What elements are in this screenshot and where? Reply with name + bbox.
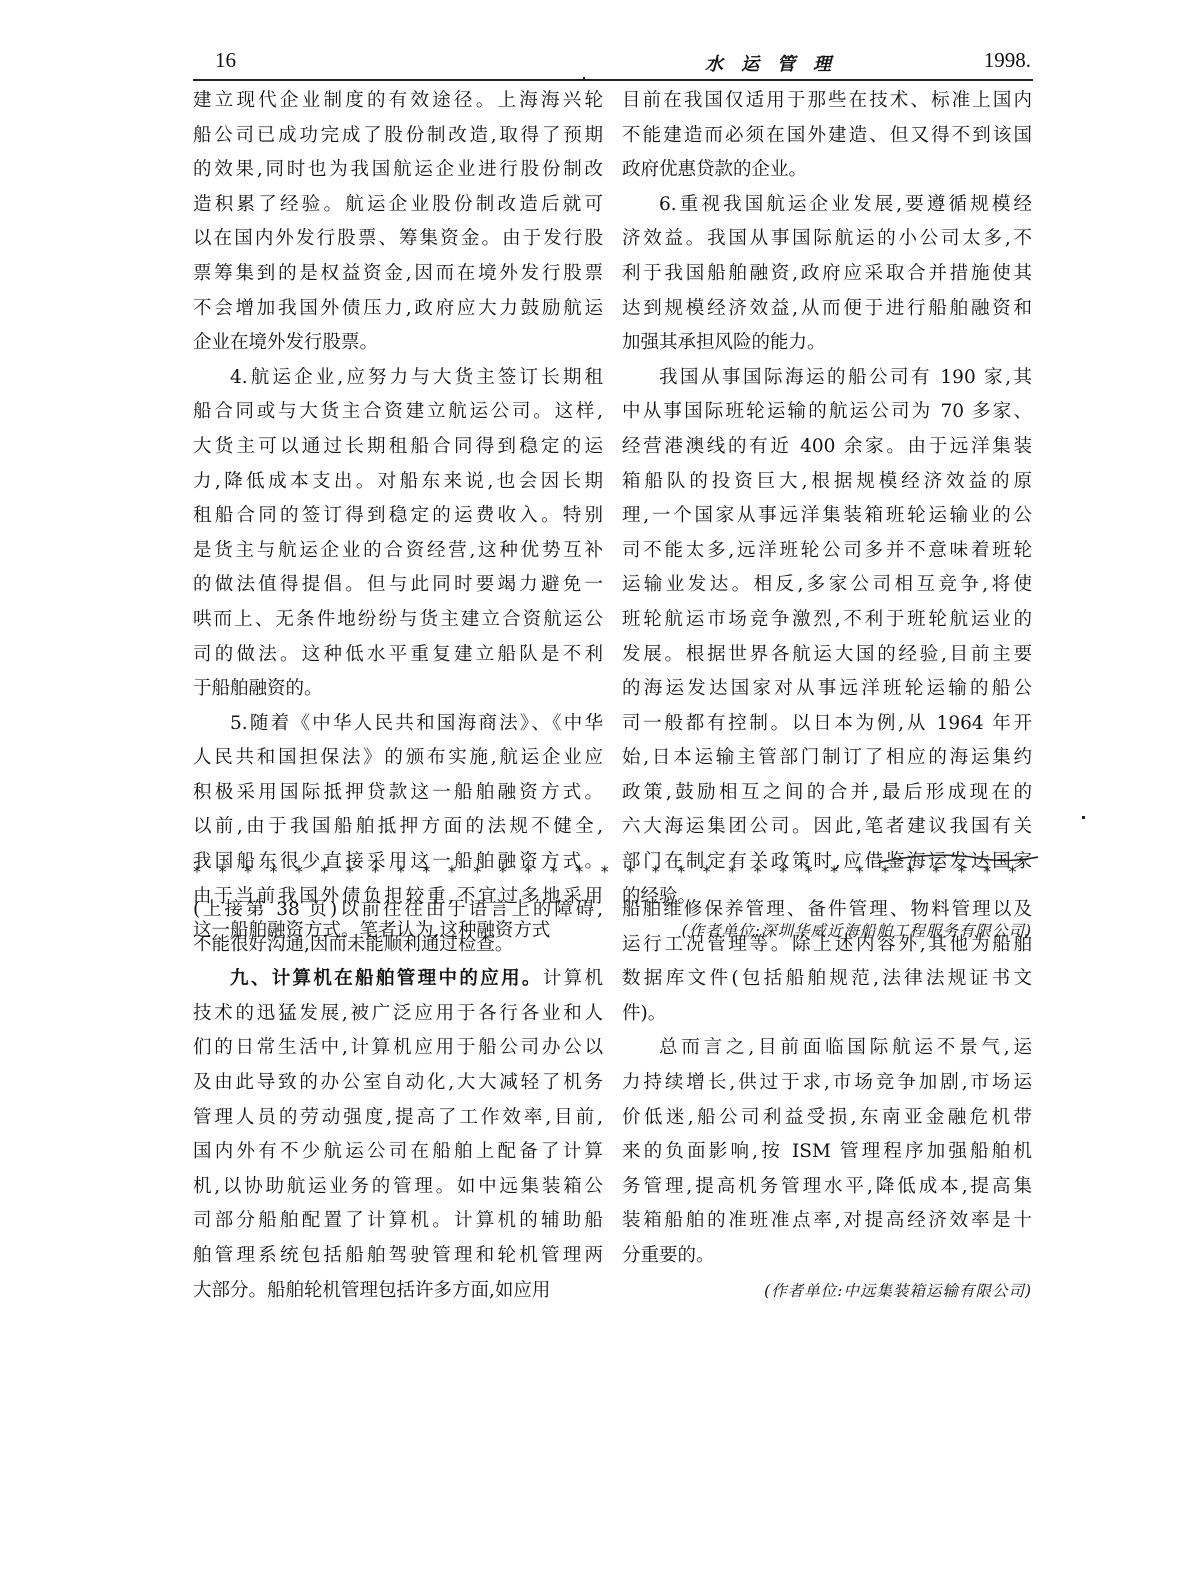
- text-line: 以在国内外发行股票、筹集资金。由于发行股: [193, 222, 603, 257]
- text-line: 船合同或与大货主合资建立航运公司。这样,: [193, 395, 603, 430]
- text-line: 件)。: [622, 997, 1032, 1032]
- journal-title: 水运管理: [705, 50, 849, 76]
- section-heading: 九、计算机在船舶管理中的应用。: [230, 968, 543, 989]
- text-line: 理,一个国家从事远洋集装箱班轮运输业的公: [622, 499, 1032, 534]
- text-line: 不会增加我国外债压力,政府应大力鼓励航运: [193, 292, 603, 327]
- text-line: 装箱船舶的准班准点率,对提高经济效率是十: [622, 1204, 1032, 1239]
- section-nine-paragraph: 九、计算机在船舶管理中的应用。计算机 技术的迅猛发展,被广泛应用于各行各业和人 …: [193, 962, 603, 1308]
- text-line: 大部分。船舶轮机管理包括许多方面,如应用: [193, 1274, 603, 1309]
- page-number: 16: [215, 48, 236, 73]
- text-line: 经营港澳线的有近 400 余家。由于远洋集装: [622, 430, 1032, 465]
- text-line: 司不能太多,远洋班轮公司多并不意味着班轮: [622, 534, 1032, 569]
- text-line: 发展。根据世界各航运大国的经验,目前主要: [622, 638, 1032, 673]
- text-line: 5.随着《中华人民共和国海商法》、《中华: [193, 707, 603, 742]
- text-line: 舶管理系统包括船舶驾驶管理和轮机管理两: [193, 1239, 603, 1274]
- text-line: 哄而上、无条件地纷纷与货主建立合资航运公: [193, 603, 603, 638]
- text-line: 数据库文件(包括船舶规范,法律法规证书文: [622, 962, 1032, 997]
- text-line: 务管理,提高机务管理水平,降低成本,提高集: [622, 1170, 1032, 1205]
- text-line: 不能很好沟通,因而未能顺利通过检查。: [193, 928, 603, 963]
- text-line: 运行工况管理等。除上述内容外,其他为船舶: [622, 928, 1032, 963]
- text-line: 政府优惠贷款的企业。: [622, 153, 1032, 188]
- text-line: (上接第 38 页)以前往往由于语言上的障碍,: [193, 893, 603, 928]
- text-line: 及由此导致的办公室自动化,大大减轻了机务: [193, 1066, 603, 1101]
- bottom-left-column: (上接第 38 页)以前往往由于语言上的障碍, 不能很好沟通,因而未能顺利通过检…: [193, 893, 603, 1308]
- text-line: 以前,由于我国船舶抵押方面的法规不健全,: [193, 810, 603, 845]
- paragraph: 船舶维修保养管理、备件管理、物料管理以及 运行工况管理等。除上述内容外,其他为船…: [622, 893, 1032, 1031]
- text-line: 六大海运集团公司。因此,笔者建议我国有关: [622, 810, 1032, 845]
- text-line: 加强其承担风险的能力。: [622, 326, 1032, 361]
- text-line: 企业在境外发行股票。: [193, 326, 603, 361]
- text-line: 我国从事国际海运的船公司有 190 家,其: [622, 361, 1032, 396]
- text-line: 技术的迅猛发展,被广泛应用于各行各业和人: [193, 997, 603, 1032]
- text-line: 建立现代企业制度的有效途径。上海海兴轮: [193, 84, 603, 119]
- text-line: 司部分船舶配置了计算机。计算机的辅助船: [193, 1204, 603, 1239]
- issue-year: 1998.: [984, 48, 1031, 73]
- page-header: 16 水运管理 1998.: [193, 44, 1031, 80]
- text-line: 达到规模经济效益,从而便于进行船舶融资和: [622, 292, 1032, 327]
- paragraph: 建立现代企业制度的有效途径。上海海兴轮 船公司已成功完成了股份制改造,取得了预期…: [193, 84, 603, 361]
- text-line: 利于我国船舶融资,政府应采取合并措施使其: [622, 257, 1032, 292]
- asterisk-divider: * * * * * * * * * * * * * * * * * * * * …: [193, 862, 1033, 884]
- text-line: 于船舶融资的。: [193, 672, 603, 707]
- text-line: 船公司已成功完成了股份制改造,取得了预期: [193, 119, 603, 154]
- text-line: 租船合同的签订得到稳定的运费收入。特别: [193, 499, 603, 534]
- text-line: 机,以协助航运业务的管理。如中远集装箱公: [193, 1170, 603, 1205]
- text-line: 箱船队的投资巨大,根据规模经济效益的原: [622, 465, 1032, 500]
- scan-speck: [1082, 816, 1085, 819]
- text-line: 大货主可以通过长期租船合同得到稳定的运: [193, 430, 603, 465]
- text-line: 是货主与航运企业的合资经营,这种优势互补: [193, 534, 603, 569]
- text-line: 司的做法。这种低水平重复建立船队是不利: [193, 638, 603, 673]
- conclusion-paragraph: 总而言之,目前面临国际航运不景气,运 力持续增长,供过于求,市场竞争加剧,市场运…: [622, 1031, 1032, 1273]
- paragraph-item-6: 6.重视我国航运企业发展,要遵循规模经 济效益。我国从事国际航运的小公司太多,不…: [622, 188, 1032, 361]
- paragraph: 我国从事国际海运的船公司有 190 家,其 中从事国际班轮运输的航运公司为 70…: [622, 361, 1032, 915]
- text-line: 运输业发达。相反,多家公司相互竞争,将使: [622, 568, 1032, 603]
- paragraph-continuation: (上接第 38 页)以前往往由于语言上的障碍, 不能很好沟通,因而未能顺利通过检…: [193, 893, 603, 962]
- text-line: 价低迷,船公司利益受损,东南亚金融危机带: [622, 1101, 1032, 1136]
- text-line: 分重要的。: [622, 1239, 1032, 1274]
- text-line: 目前在我国仅适用于那些在技术、标准上国内: [622, 84, 1032, 119]
- text-line: 司一般都有控制。以日本为例,从 1964 年开: [622, 707, 1032, 742]
- text-line: 九、计算机在船舶管理中的应用。计算机: [193, 962, 603, 997]
- text-line: 来的负面影响,按 ISM 管理程序加强船舶机: [622, 1135, 1032, 1170]
- text-line: 造积累了经验。航运企业股份制改造后就可: [193, 188, 603, 223]
- text-line: 不能建造而必须在国外建造、但又得不到该国: [622, 119, 1032, 154]
- text-line: 班轮航运市场竞争激烈,不利于班轮航运业的: [622, 603, 1032, 638]
- text-line: 国内外有不少航运公司在船舶上配备了计算: [193, 1135, 603, 1170]
- text-line: 的做法值得提倡。但与此同时要竭力避免一: [193, 568, 603, 603]
- text-line: 4.航运企业,应努力与大货主签订长期租: [193, 361, 603, 396]
- top-right-column: 目前在我国仅适用于那些在技术、标准上国内 不能建造而必须在国外建造、但又得不到该…: [622, 84, 1032, 949]
- text-line: 们的日常生活中,计算机应用于船公司办公以: [193, 1031, 603, 1066]
- paragraph-item-4: 4.航运企业,应努力与大货主签订长期租 船合同或与大货主合资建立航运公司。这样,…: [193, 361, 603, 707]
- header-rule: [193, 79, 1033, 81]
- text-line: 始,日本运输主管部门制订了相应的海运集约: [622, 741, 1032, 776]
- text-line: 的海运发达国家对从事远洋班轮运输的船公: [622, 672, 1032, 707]
- text-line: 济效益。我国从事国际航运的小公司太多,不: [622, 222, 1032, 257]
- text-line: 中从事国际班轮运输的航运公司为 70 多家、: [622, 395, 1032, 430]
- text-line: 总而言之,目前面临国际航运不景气,运: [622, 1031, 1032, 1066]
- text-line: 的效果,同时也为我国航运企业进行股份制改: [193, 153, 603, 188]
- text-line: 6.重视我国航运企业发展,要遵循规模经: [622, 188, 1032, 223]
- paragraph: 目前在我国仅适用于那些在技术、标准上国内 不能建造而必须在国外建造、但又得不到该…: [622, 84, 1032, 188]
- text-line: 力,降低成本支出。对船东来说,也会因长期: [193, 465, 603, 500]
- text-line: 票筹集到的是权益资金,因而在境外发行股票: [193, 257, 603, 292]
- text-line: 政策,鼓励相互之间的合并,最后形成现在的: [622, 776, 1032, 811]
- text-line: 人民共和国担保法》的颁布实施,航运企业应: [193, 741, 603, 776]
- text-line: 管理人员的劳动强度,提高了工作效率,目前,: [193, 1101, 603, 1136]
- text-line: 力持续增长,供过于求,市场竞争加剧,市场运: [622, 1066, 1032, 1101]
- top-left-column: 建立现代企业制度的有效途径。上海海兴轮 船公司已成功完成了股份制改造,取得了预期…: [193, 84, 603, 949]
- bottom-right-column: 船舶维修保养管理、备件管理、物料管理以及 运行工况管理等。除上述内容外,其他为船…: [622, 893, 1032, 1308]
- text-line: 积极采用国际抵押贷款这一船舶融资方式。: [193, 776, 603, 811]
- author-affiliation: (作者单位:中远集装箱运输有限公司): [622, 1274, 1032, 1309]
- text-fragment: 计算机: [543, 968, 603, 989]
- text-line: 船舶维修保养管理、备件管理、物料管理以及: [622, 893, 1032, 928]
